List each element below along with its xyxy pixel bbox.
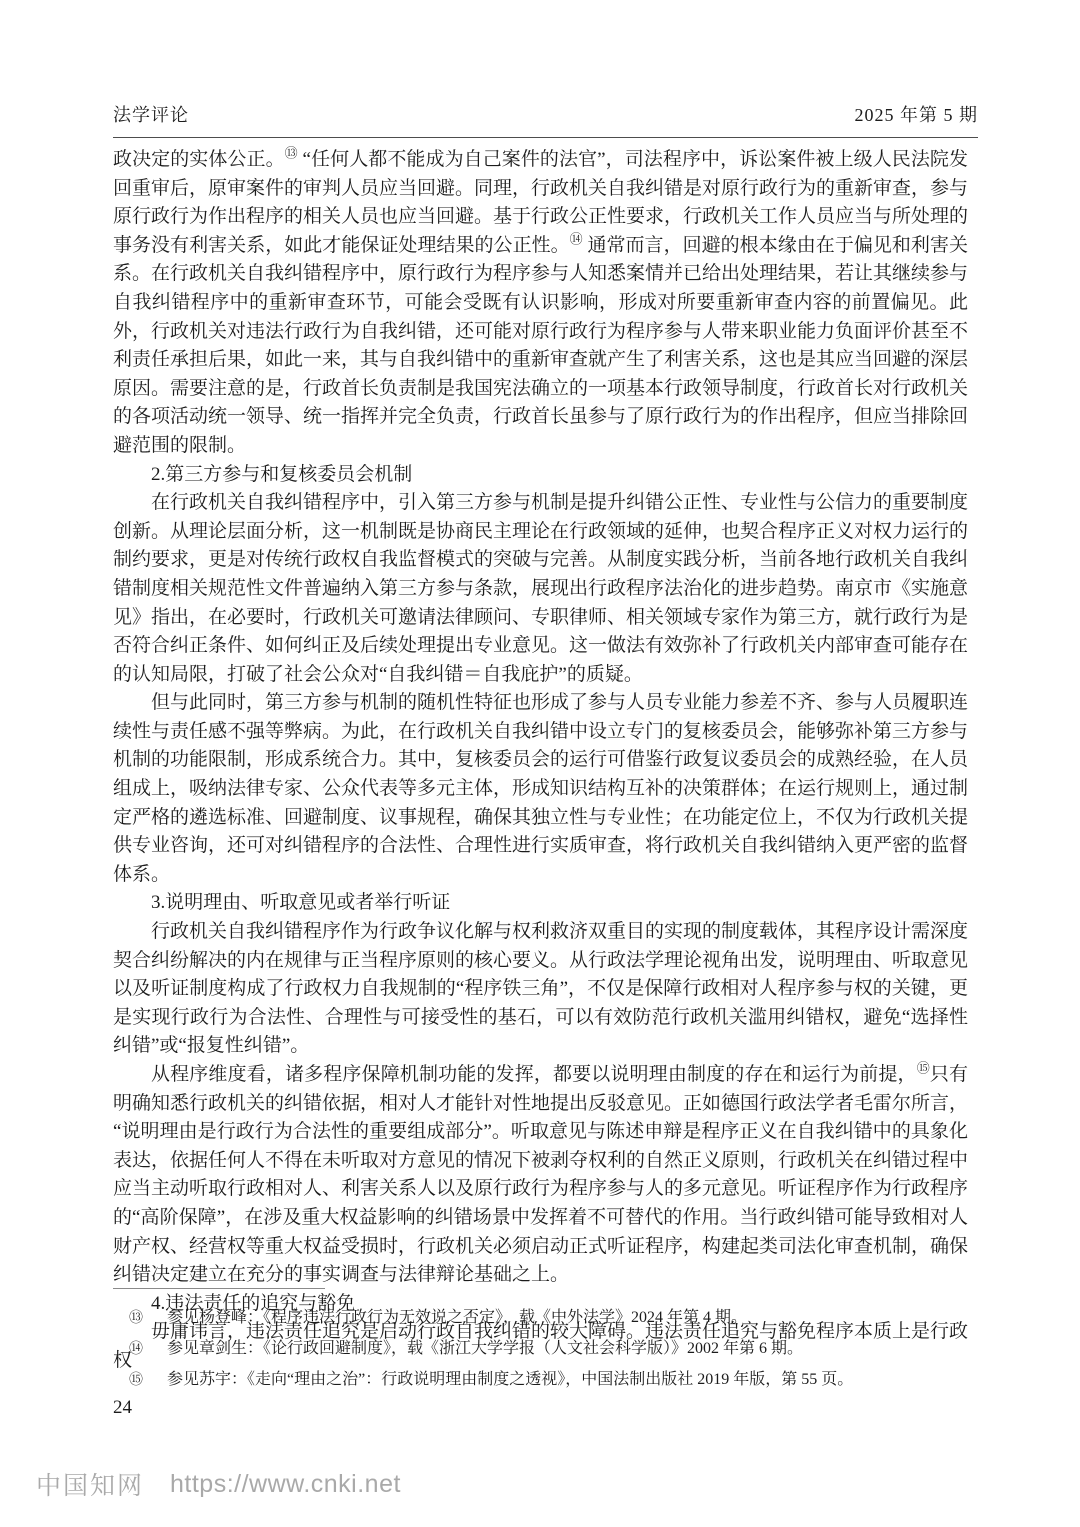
cnki-url: https://www.cnki.net bbox=[170, 1470, 401, 1499]
body-text: 政决定的实体公正。 bbox=[113, 149, 285, 170]
footnote-block: ⑬ 参见杨登峰：《程序违法行政行为无效说之否定》，载《中外法学》2024 年第 … bbox=[113, 1288, 968, 1396]
section-heading-3: 3.说明理由、听取意见或者举行听证 bbox=[113, 889, 968, 918]
footnote-item: ⑮ 参见苏宇：《走向“理由之治”：行政说明理由制度之透视》，中国法制出版社 20… bbox=[113, 1365, 968, 1396]
footnote-text: 参见章剑生：《论行政回避制度》，载《浙江大学学报（人文社会科学版）》2002 年… bbox=[167, 1334, 968, 1364]
journal-title: 法学评论 bbox=[113, 101, 189, 127]
page-number: 24 bbox=[113, 1397, 132, 1419]
running-head: 法学评论 2025 年第 5 期 bbox=[113, 101, 978, 138]
body-text: 从程序维度看，诸多程序保障机制功能的发挥，都要以说明理由制度的存在和运行为前提， bbox=[151, 1064, 917, 1085]
footnote-ref-15: ⑮ bbox=[917, 1061, 930, 1076]
footnote-marker: ⑮ bbox=[129, 1365, 167, 1396]
footnote-item: ⑭ 参见章剑生：《论行政回避制度》，载《浙江大学学报（人文社会科学版）》2002… bbox=[113, 1334, 968, 1365]
footnote-marker: ⑬ bbox=[129, 1303, 167, 1334]
article-body: 政决定的实体公正。⑬ “任何人都不能成为自己案件的法官”，司法程序中，诉讼案件被… bbox=[113, 146, 968, 1376]
paragraph: 从程序维度看，诸多程序保障机制功能的发挥，都要以说明理由制度的存在和运行为前提，… bbox=[113, 1061, 968, 1290]
cnki-logo-text: 中国知网 bbox=[36, 1466, 144, 1502]
body-text: 只有明确知悉行政机关的纠错依据，相对人才能针对性地提出反驳意见。正如德国行政法学… bbox=[113, 1064, 968, 1285]
paragraph: 但与此同时，第三方参与机制的随机性特征也形成了参与人员专业能力参差不齐、参与人员… bbox=[113, 689, 968, 889]
footnote-ref-14: ⑭ bbox=[570, 231, 583, 246]
footnote-text: 参见杨登峰：《程序违法行政行为无效说之否定》，载《中外法学》2024 年第 4 … bbox=[167, 1303, 968, 1333]
footnote-ref-13: ⑬ bbox=[285, 146, 298, 161]
paragraph-continuation: 政决定的实体公正。⑬ “任何人都不能成为自己案件的法官”，司法程序中，诉讼案件被… bbox=[113, 146, 968, 461]
issue-label: 2025 年第 5 期 bbox=[855, 101, 979, 127]
cnki-watermark: 中国知网 https://www.cnki.net bbox=[36, 1466, 401, 1502]
body-text: 通常而言，回避的根本缘由在于偏见和利害关系。在行政机关自我纠错程序中，原行政行为… bbox=[113, 235, 968, 456]
section-heading-2: 2.第三方参与和复核委员会机制 bbox=[113, 461, 968, 490]
footnote-separator bbox=[113, 1288, 325, 1289]
footnote-item: ⑬ 参见杨登峰：《程序违法行政行为无效说之否定》，载《中外法学》2024 年第 … bbox=[113, 1303, 968, 1334]
paragraph: 行政机关自我纠错程序作为行政争议化解与权利救济双重目的实现的制度载体，其程序设计… bbox=[113, 918, 968, 1061]
footnote-marker: ⑭ bbox=[129, 1334, 167, 1365]
footnote-text: 参见苏宇：《走向“理由之治”：行政说明理由制度之透视》，中国法制出版社 2019… bbox=[167, 1365, 968, 1395]
paragraph: 在行政机关自我纠错程序中，引入第三方参与机制是提升纠错公正性、专业性与公信力的重… bbox=[113, 489, 968, 689]
journal-page: 法学评论 2025 年第 5 期 政决定的实体公正。⑬ “任何人都不能成为自己案… bbox=[0, 0, 1080, 1527]
